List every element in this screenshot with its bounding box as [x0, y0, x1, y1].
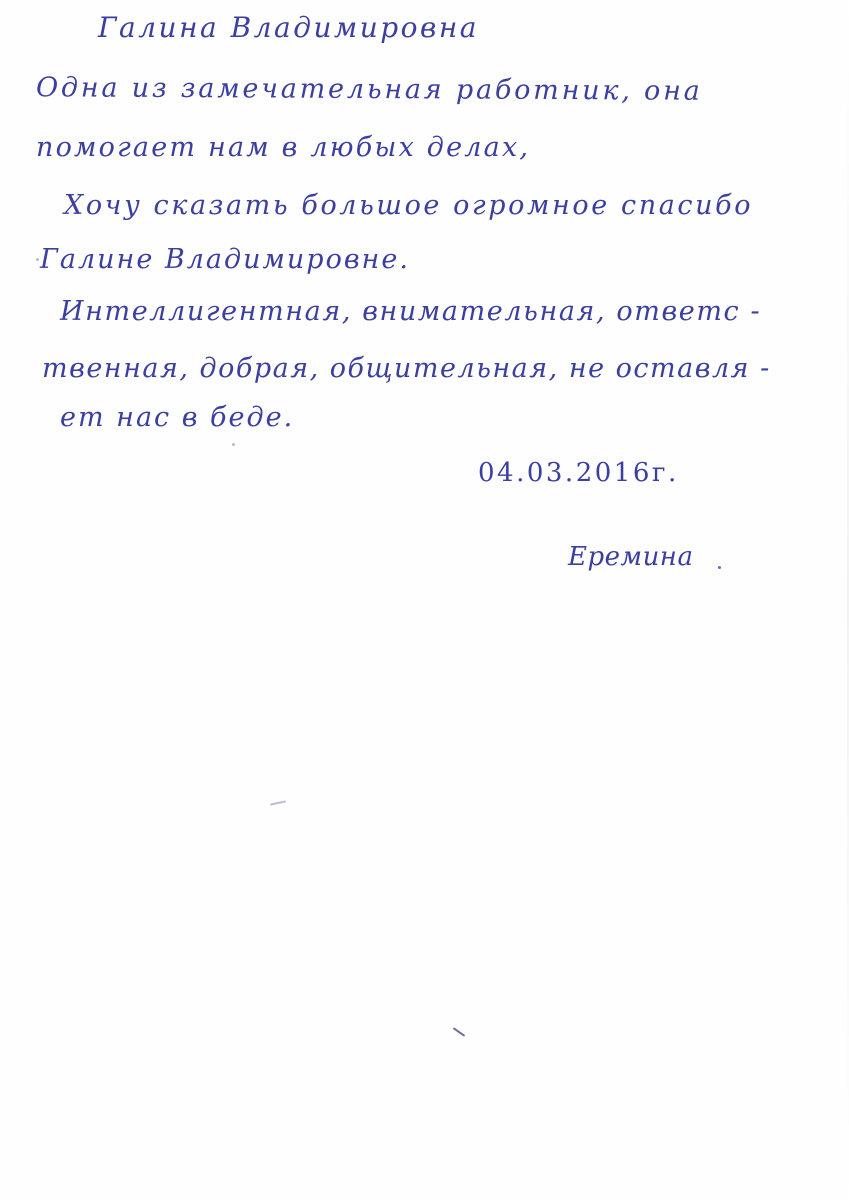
- body-line: Интеллигентная, внимательная, ответс -: [60, 298, 761, 325]
- stray-dot: [36, 258, 39, 261]
- stray-pen-mark: [270, 800, 286, 805]
- signature: Еремина: [568, 544, 693, 570]
- body-line: Хочу сказать большое огромное спасибо: [64, 192, 753, 219]
- salutation: Галина Владимировна: [98, 14, 479, 42]
- body-line: помогает нам в любых делах,: [36, 134, 530, 161]
- letter-date: 04.03.2016г.: [478, 460, 679, 486]
- stray-pen-mark: [453, 1027, 466, 1037]
- body-line: ет нас в беде.: [60, 404, 294, 431]
- body-line: Одна из замечательная работник, она: [36, 74, 703, 104]
- body-line: Галине Владимировне.: [40, 246, 410, 273]
- handwritten-page: Галина Владимировна Одна из замечательна…: [0, 0, 849, 1200]
- stray-dot: [232, 443, 235, 446]
- signature-dot: [718, 566, 721, 569]
- body-line: твенная, добрая, общительная, не оставля…: [42, 355, 771, 382]
